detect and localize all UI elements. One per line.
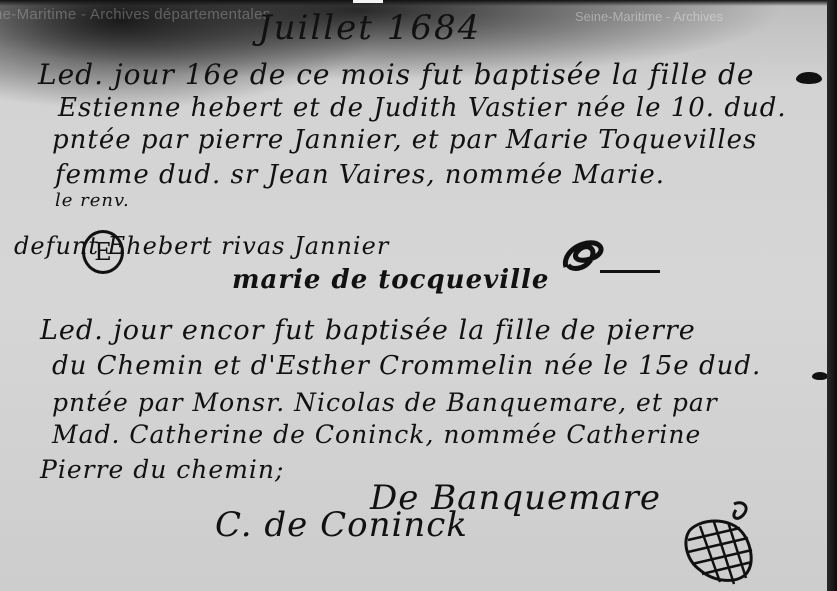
- entry1-line4: femme dud. sr Jean Vaires, nommée Marie.: [55, 160, 665, 190]
- entry1-line1: Led. jour 16e de ce mois fut baptisée la…: [38, 58, 754, 91]
- entry1-line2: Estienne hebert et de Judith Vastier née…: [58, 93, 787, 123]
- entry2-line3: pntée par Monsr. Nicolas de Banquemare, …: [52, 388, 718, 417]
- archive-watermark-right: Seine-Maritime - Archives: [575, 9, 723, 24]
- entry1-line3: pntée par pierre Jannier, et par Marie T…: [52, 125, 757, 155]
- entry2-line2: du Chemin et d'Esther Crommelin née le 1…: [52, 351, 761, 381]
- month-heading: Juillet 1684: [258, 8, 481, 48]
- coninck-signature: C. de Coninck: [215, 505, 468, 545]
- signature-underline: [600, 270, 660, 273]
- scan-glare: [353, 0, 383, 3]
- crosshatch-paraph-icon: [680, 500, 760, 588]
- scanned-register-page: ne-Maritime - Archives départementales S…: [0, 0, 837, 591]
- entry2-father-signature: Pierre du chemin;: [40, 455, 284, 484]
- archive-watermark: ne-Maritime - Archives départementales: [0, 6, 271, 23]
- entry1-signatures: defunt Ehebert rivas Jannier: [14, 232, 389, 260]
- entry2-line1: Led. jour encor fut baptisée la fille de…: [40, 315, 696, 346]
- entry2-line4: Mad. Catherine de Coninck, nommée Cather…: [52, 420, 701, 449]
- godmother-signature: marie de tocqueville: [232, 265, 549, 295]
- margin-circled-letter: E: [82, 230, 124, 274]
- ink-blot: [812, 372, 828, 380]
- entry1-note: le renv.: [55, 190, 130, 211]
- scan-right-edge: [827, 0, 837, 591]
- ink-blot: [796, 72, 822, 84]
